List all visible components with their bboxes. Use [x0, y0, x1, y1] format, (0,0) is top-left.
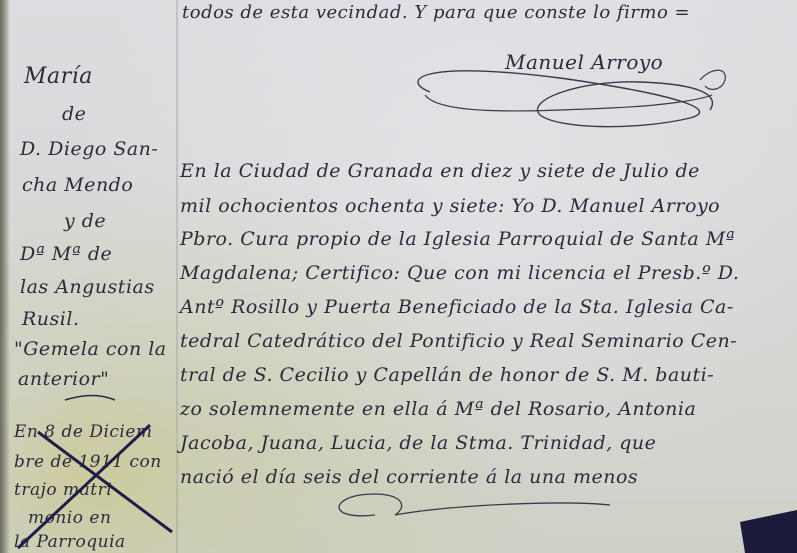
- cross-out-stroke-icon: [18, 425, 150, 548]
- signature-rubric-icon: [418, 71, 712, 127]
- closing-flourish-icon: [339, 494, 610, 516]
- document-page: todos de esta vecindad. Y para que const…: [0, 0, 797, 553]
- ink-flourishes: [0, 0, 797, 553]
- cross-out-stroke-icon: [38, 432, 172, 532]
- dark-corner: [740, 510, 797, 553]
